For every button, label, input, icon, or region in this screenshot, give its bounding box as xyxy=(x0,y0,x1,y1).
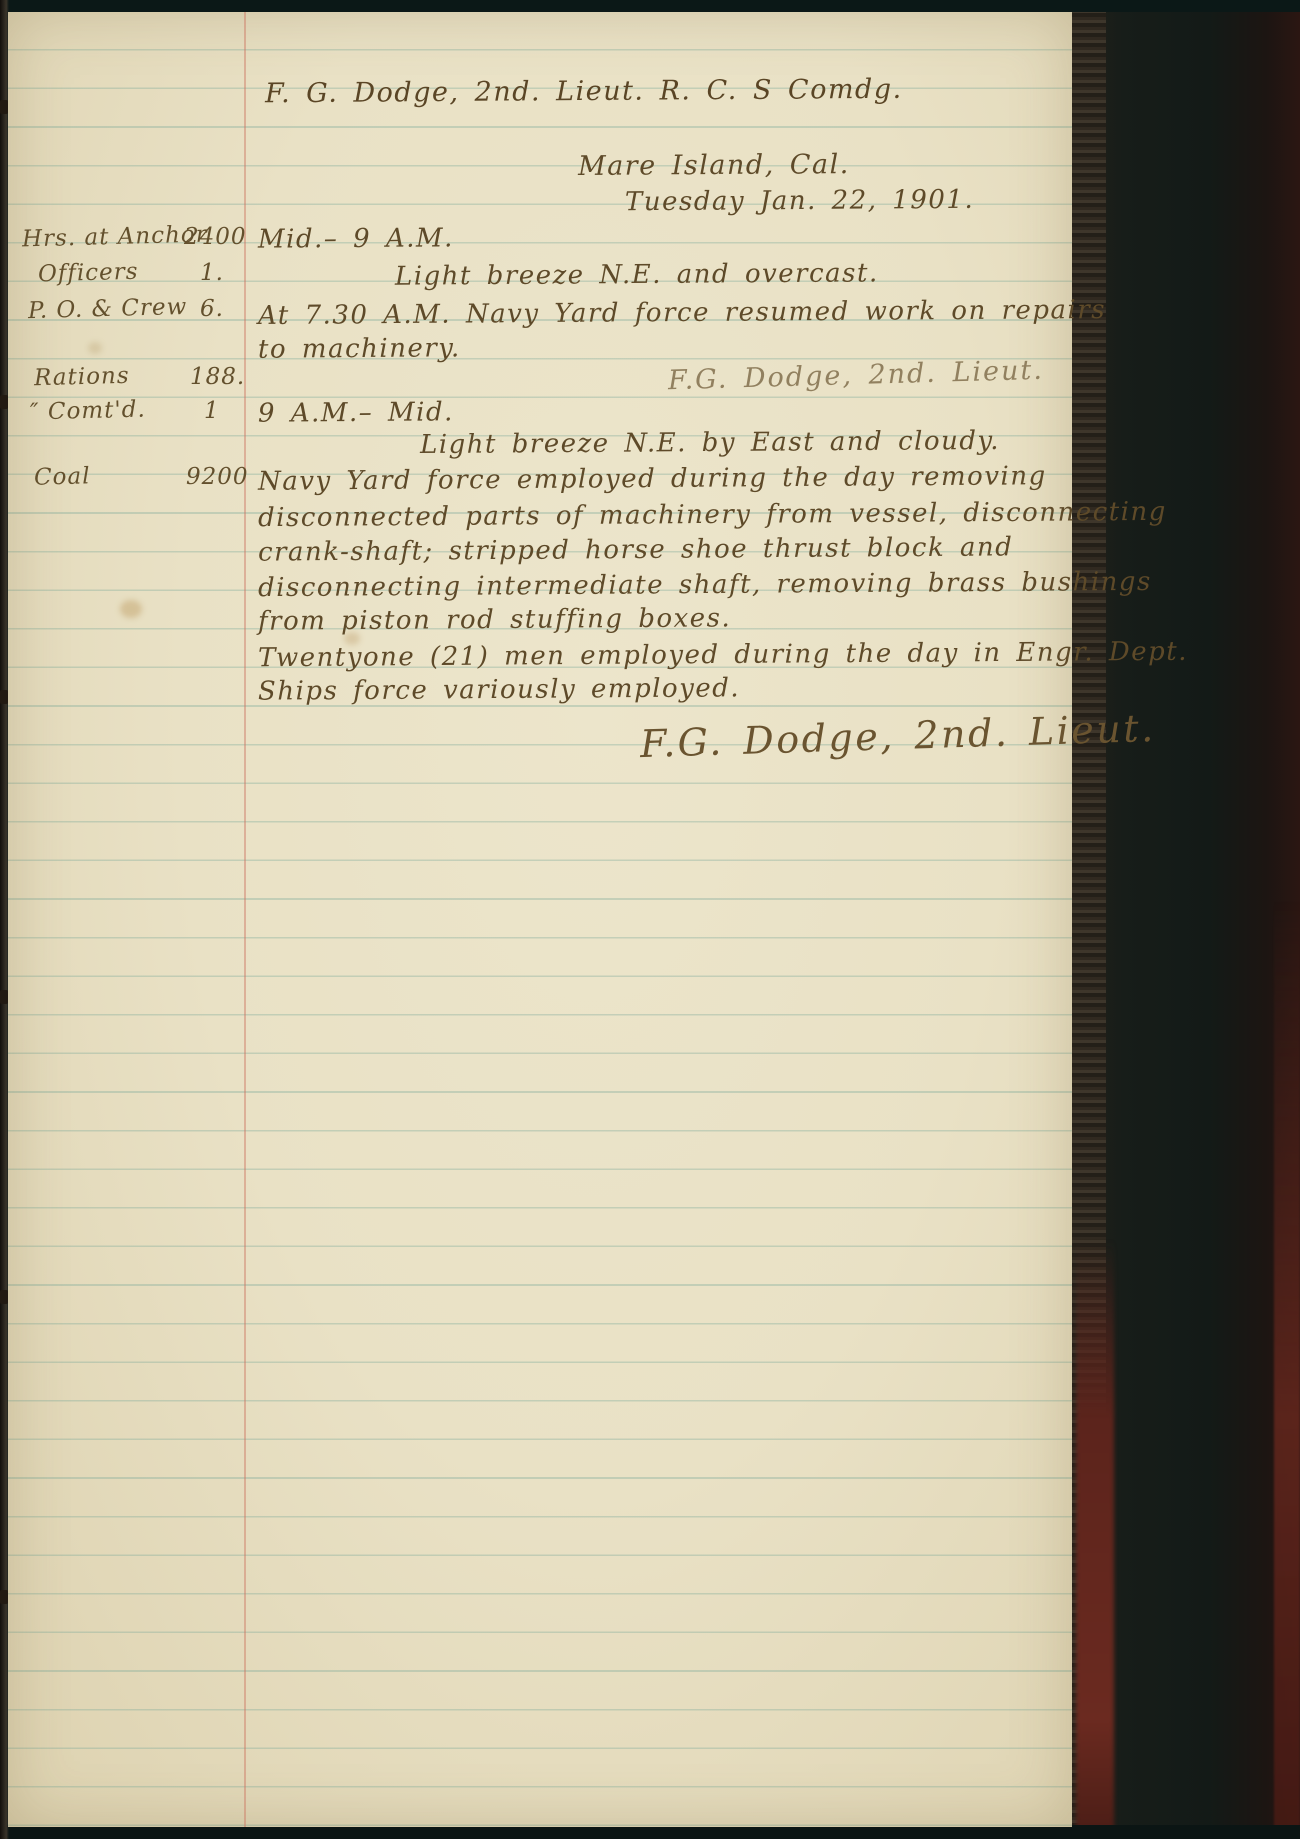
log-text-line: Twentyone (21) men employed during the d… xyxy=(258,637,1188,673)
margin-stat-label: ″ Comt'd. xyxy=(30,396,146,425)
logbook-scan: F. G. Dodge, 2nd. Lieut. R. C. S Comdg. … xyxy=(0,0,1300,1839)
margin-stat-value: 9200 xyxy=(186,464,249,490)
log-text-line: disconnected parts of machinery from ves… xyxy=(258,497,1167,533)
watch-period: Mid.– 9 A.M. xyxy=(258,223,454,254)
log-text-line: crank-shaft; stripped horse shoe thrust … xyxy=(258,532,1014,567)
margin-stat-value: 188. xyxy=(190,364,245,390)
watch-period: 9 A.M.– Mid. xyxy=(258,397,454,428)
binding-stitch xyxy=(0,990,8,1004)
binding-stitch xyxy=(0,100,8,114)
officer-header-line: F. G. Dodge, 2nd. Lieut. R. C. S Comdg. xyxy=(265,74,903,109)
weather-line: Light breeze N.E. and overcast. xyxy=(395,258,879,291)
binding-stitch xyxy=(0,690,8,704)
leather-cover-right xyxy=(1274,900,1300,1839)
logbook-page: F. G. Dodge, 2nd. Lieut. R. C. S Comdg. … xyxy=(8,12,1072,1827)
date-line: Tuesday Jan. 22, 1901. xyxy=(625,185,974,217)
margin-stat-value: 1. xyxy=(200,260,224,286)
log-text-line: Navy Yard force employed during the day … xyxy=(258,461,1047,497)
margin-rule xyxy=(244,12,246,1827)
margin-stat-label: Hrs. at Anchor xyxy=(22,222,208,253)
leather-cover-strip xyxy=(1076,1240,1114,1839)
location-line: Mare Island, Cal. xyxy=(578,149,850,182)
log-text-line: Ships force variously employed. xyxy=(258,673,740,706)
ink-stain xyxy=(120,600,142,618)
margin-stat-value: 1 xyxy=(204,398,220,424)
margin-stat-label: Rations xyxy=(34,363,130,391)
log-text-line: from piston rod stuffing boxes. xyxy=(258,603,731,636)
margin-stat-label: P. O. & Crew xyxy=(28,294,188,324)
watch-signature: F.G. Dodge, 2nd. Lieut. xyxy=(668,355,1045,396)
binding-stitch xyxy=(0,395,8,409)
margin-stat-label: Coal xyxy=(34,463,91,490)
log-text-line: disconnecting intermediate shaft, removi… xyxy=(258,567,1152,603)
binding-stitch xyxy=(0,1590,8,1604)
log-text-line: to machinery. xyxy=(258,333,461,364)
ink-stain xyxy=(88,342,102,354)
margin-stat-value: 2400 xyxy=(184,224,247,250)
log-text-line: At 7.30 A.M. Navy Yard force resumed wor… xyxy=(258,295,1106,331)
bottom-shadow xyxy=(0,1825,1300,1839)
binding-stitch xyxy=(0,1290,8,1304)
top-shadow xyxy=(0,0,1300,12)
weather-line: Light breeze N.E. by East and cloudy. xyxy=(420,426,1000,460)
margin-stat-label: Officers xyxy=(38,259,139,288)
margin-stat-value: 6. xyxy=(200,296,224,322)
